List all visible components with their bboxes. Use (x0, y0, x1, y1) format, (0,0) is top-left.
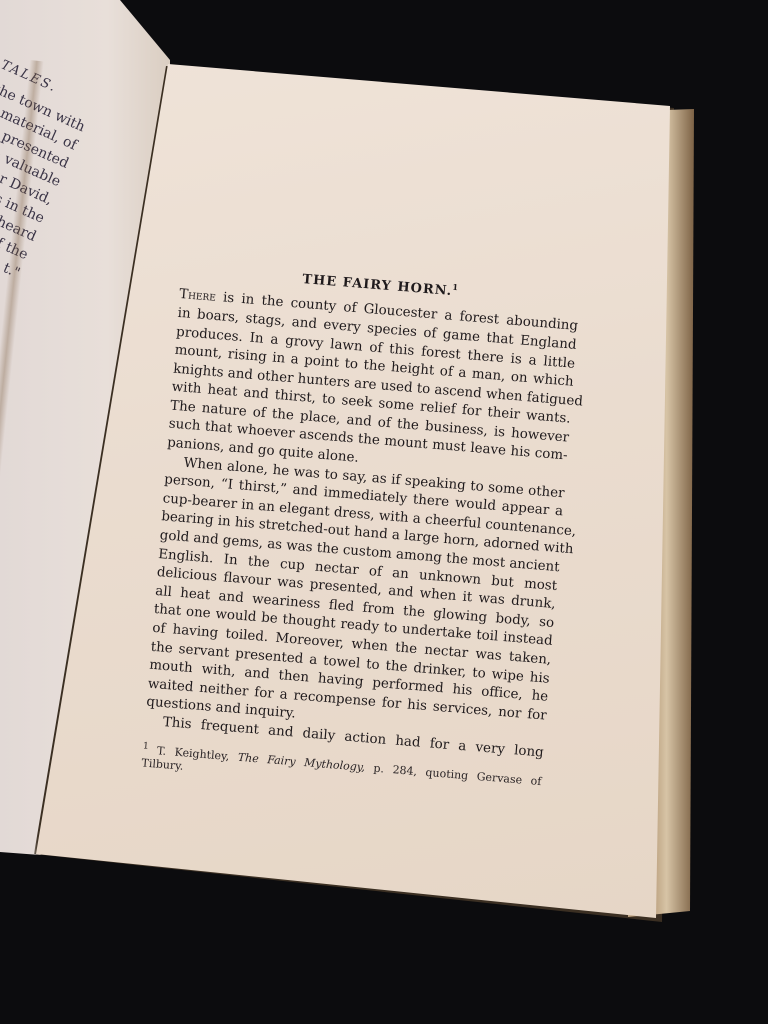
drop-word: There (179, 287, 217, 305)
paragraph-2: When alone, he was to say, as if speakin… (146, 453, 566, 745)
open-book-photo: Y TALES. to the town with wn material, o… (0, 0, 768, 1024)
footnote-mark: 1 (142, 740, 149, 751)
right-page-text: THE FAIRY HORN.1 There is in the county … (141, 260, 581, 803)
paragraph-1: There is in the county of Gloucester a f… (166, 286, 578, 485)
footnote-marker: 1 (452, 282, 459, 292)
